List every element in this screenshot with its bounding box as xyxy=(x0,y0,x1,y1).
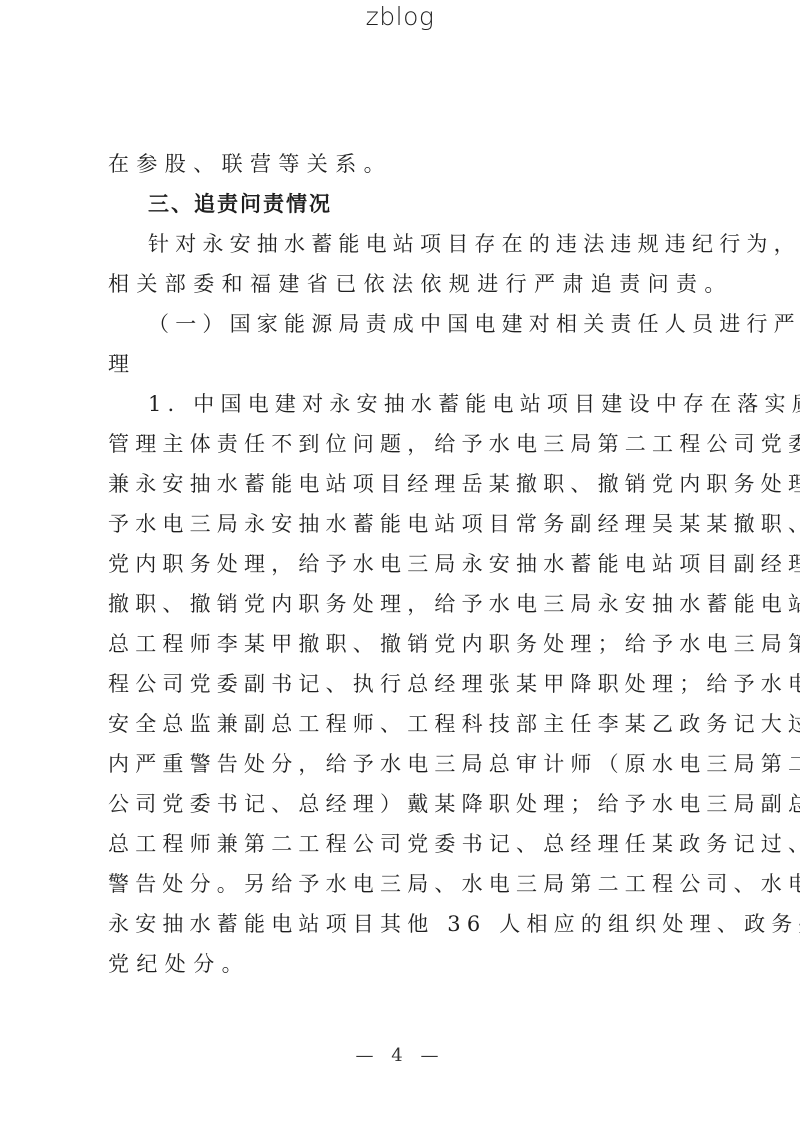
paragraph-line: 总工程师兼第二工程公司党委书记、总经理任某政务记过、党内 xyxy=(108,824,700,864)
page-number: — 4 — xyxy=(0,1045,800,1066)
watermark-text: zblog xyxy=(0,0,800,34)
paragraph-line: 管理主体责任不到位问题，给予水电三局第二工程公司党委委员 xyxy=(108,424,700,464)
paragraph-line: 警告处分。另给予水电三局、水电三局第二工程公司、水电三局 xyxy=(108,864,700,904)
subsection-heading-continued: 理 xyxy=(108,344,700,384)
paragraph-line: 党纪处分。 xyxy=(108,944,700,984)
paragraph-line: 在参股、联营等关系。 xyxy=(108,144,700,184)
paragraph-line: 兼永安抽水蓄能电站项目经理岳某撤职、撤销党内职务处理，给 xyxy=(108,464,700,504)
paragraph-line: 党内职务处理，给予水电三局永安抽水蓄能电站项目副经理赵某 xyxy=(108,544,700,584)
paragraph-line: 总工程师李某甲撤职、撤销党内职务处理；给予水电三局第二工 xyxy=(108,624,700,664)
paragraph-line: 公司党委书记、总经理）戴某降职处理；给予水电三局副总经理、 xyxy=(108,784,700,824)
paragraph-line: 针对永安抽水蓄能电站项目存在的违法违规违纪行为，国家 xyxy=(108,224,700,264)
section-heading: 三、追责问责情况 xyxy=(108,184,700,224)
paragraph-line: 撤职、撤销党内职务处理，给予水电三局永安抽水蓄能电站项目 xyxy=(108,584,700,624)
document-page: 在参股、联营等关系。 三、追责问责情况 针对永安抽水蓄能电站项目存在的违法违规违… xyxy=(108,144,700,984)
paragraph-line: 相关部委和福建省已依法依规进行严肃追责问责。 xyxy=(108,264,700,304)
paragraph-line: 程公司党委副书记、执行总经理张某甲降职处理；给予水电三局 xyxy=(108,664,700,704)
subsection-heading: （一）国家能源局责成中国电建对相关责任人员进行严肃处 xyxy=(108,304,700,344)
paragraph-line: 1. 中国电建对永安抽水蓄能电站项目建设中存在落实质量 xyxy=(108,384,700,424)
paragraph-line: 永安抽水蓄能电站项目其他 36 人相应的组织处理、政务处分、 xyxy=(108,904,700,944)
paragraph-line: 安全总监兼副总工程师、工程科技部主任李某乙政务记大过、党 xyxy=(108,704,700,744)
paragraph-line: 内严重警告处分，给予水电三局总审计师（原水电三局第二工程 xyxy=(108,744,700,784)
paragraph-line: 予水电三局永安抽水蓄能电站项目常务副经理吴某某撤职、撤销 xyxy=(108,504,700,544)
